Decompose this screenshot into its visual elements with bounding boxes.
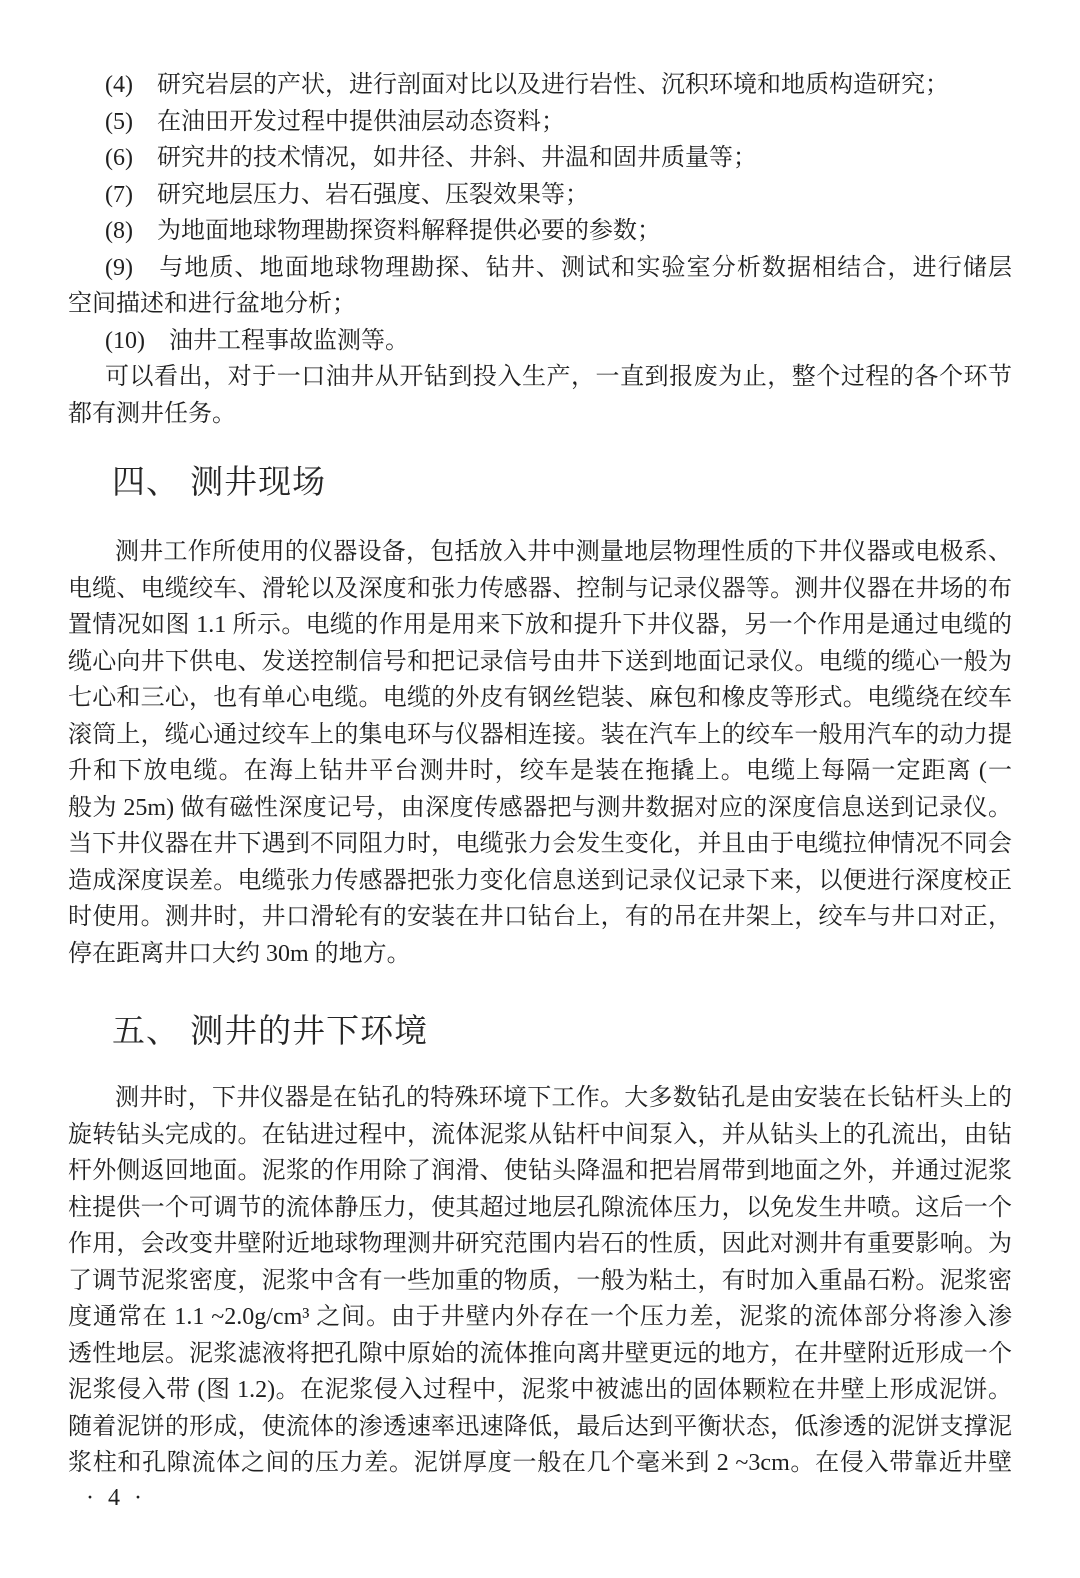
paragraph-line: 旋转钻头完成的。在钻进过程中，流体泥浆从钻杆中间泵入，并从钻头上的孔流出，由钻 (68, 1117, 1012, 1154)
paragraph-line: 泥浆侵入带 (图 1.2)。在泥浆侵入过程中，泥浆中被滤出的固体颗粒在井壁上形成… (68, 1372, 1012, 1409)
paragraph-line: 停在距离井口大约 30m 的地方。 (68, 936, 1012, 973)
section-heading-downhole-environment: 五、 测井的井下环境 (112, 1011, 428, 1051)
paragraph-line: 浆柱和孔隙流体之间的压力差。泥饼厚度一般在几个毫米到 2 ~3cm。在侵入带靠近… (68, 1445, 1012, 1482)
list-item: (5) 在油田开发过程中提供油层动态资料； (68, 104, 1012, 141)
paragraph-line: 度通常在 1.1 ~2.0g/cm³ 之间。由于井壁内外存在一个压力差，泥浆的流… (68, 1299, 1012, 1336)
paragraph-line: 随着泥饼的形成，使流体的渗透速率迅速降低，最后达到平衡状态，低渗透的泥饼支撑泥 (68, 1409, 1012, 1446)
list-item: (10) 油井工程事故监测等。 (68, 323, 1012, 360)
paragraph-line: 杆外侧返回地面。泥浆的作用除了润滑、使钻头降温和把岩屑带到地面之外，并通过泥浆 (68, 1153, 1012, 1190)
list-item: (8) 为地面地球物理勘探资料解释提供必要的参数； (68, 213, 1012, 250)
paragraph-line: 作用，会改变井壁附近地球物理测井研究范围内岩石的性质，因此对测井有重要影响。为 (68, 1226, 1012, 1263)
numbered-list: (4) 研究岩层的产状，进行剖面对比以及进行岩性、沉积环境和地质构造研究； (5… (68, 67, 1012, 432)
paragraph-line: 升和下放电缆。在海上钻井平台测井时，绞车是装在拖撬上。电缆上每隔一定距离 (一 (68, 753, 1012, 790)
section-heading-logging-site: 四、 测井现场 (112, 462, 326, 502)
paragraph-line: 可以看出，对于一口油井从开钻到投入生产，一直到报废为止，整个过程的各个环节 (68, 359, 1012, 396)
paragraph-line: 测井时，下井仪器是在钻孔的特殊环境下工作。大多数钻孔是由安装在长钻杆头上的 (68, 1080, 1012, 1117)
paragraph-line: 般为 25m) 做有磁性深度记号，由深度传感器把与测井数据对应的深度信息送到记录… (68, 790, 1012, 827)
paragraph-line: 当下井仪器在井下遇到不同阻力时，电缆张力会发生变化，并且由于电缆拉伸情况不同会 (68, 826, 1012, 863)
paragraph-line: 了调节泥浆密度，泥浆中含有一些加重的物质，一般为粘土，有时加入重晶石粉。泥浆密 (68, 1263, 1012, 1300)
list-item-continuation: 空间描述和进行盆地分析； (68, 286, 1012, 323)
paragraph-logging-site: 测井工作所使用的仪器设备，包括放入井中测量地层物理性质的下井仪器或电极系、 电缆… (68, 534, 1012, 972)
paragraph-line: 造成深度误差。电缆张力传感器把张力变化信息送到记录仪记录下来，以便进行深度校正 (68, 863, 1012, 900)
document-page: (4) 研究岩层的产状，进行剖面对比以及进行岩性、沉积环境和地质构造研究； (5… (0, 0, 1080, 1578)
paragraph-line: 缆心向井下供电、发送控制信号和把记录信号由井下送到地面记录仪。电缆的缆心一般为 (68, 644, 1012, 681)
paragraph-line: 透性地层。泥浆滤液将把孔隙中原始的流体推向离井壁更远的地方，在井壁附近形成一个 (68, 1336, 1012, 1373)
paragraph-line: 滚筒上，缆心通过绞车上的集电环与仪器相连接。装在汽车上的绞车一般用汽车的动力提 (68, 717, 1012, 754)
paragraph-line: 时使用。测井时，井口滑轮有的安装在井口钻台上，有的吊在井架上，绞车与井口对正， (68, 899, 1012, 936)
paragraph-line: 柱提供一个可调节的流体静压力，使其超过地层孔隙流体压力，以免发生井喷。这后一个 (68, 1190, 1012, 1227)
paragraph-line: 测井工作所使用的仪器设备，包括放入井中测量地层物理性质的下井仪器或电极系、 (68, 534, 1012, 571)
list-item: (6) 研究井的技术情况，如井径、井斜、井温和固井质量等； (68, 140, 1012, 177)
paragraph-downhole-environment: 测井时，下井仪器是在钻孔的特殊环境下工作。大多数钻孔是由安装在长钻杆头上的 旋转… (68, 1080, 1012, 1482)
paragraph-line: 电缆、电缆绞车、滑轮以及深度和张力传感器、控制与记录仪器等。测井仪器在井场的布 (68, 571, 1012, 608)
list-item: (9) 与地质、地面地球物理勘探、钻井、测试和实验室分析数据相结合，进行储层 (68, 250, 1012, 287)
paragraph-line: 都有测井任务。 (68, 396, 1012, 433)
list-item: (7) 研究地层压力、岩石强度、压裂效果等； (68, 177, 1012, 214)
page-number: · 4 · (86, 1482, 146, 1514)
list-item: (4) 研究岩层的产状，进行剖面对比以及进行岩性、沉积环境和地质构造研究； (68, 67, 1012, 104)
paragraph-line: 置情况如图 1.1 所示。电缆的作用是用来下放和提升下井仪器，另一个作用是通过电… (68, 607, 1012, 644)
paragraph-line: 七心和三心，也有单心电缆。电缆的外皮有钢丝铠装、麻包和橡皮等形式。电缆绕在绞车 (68, 680, 1012, 717)
